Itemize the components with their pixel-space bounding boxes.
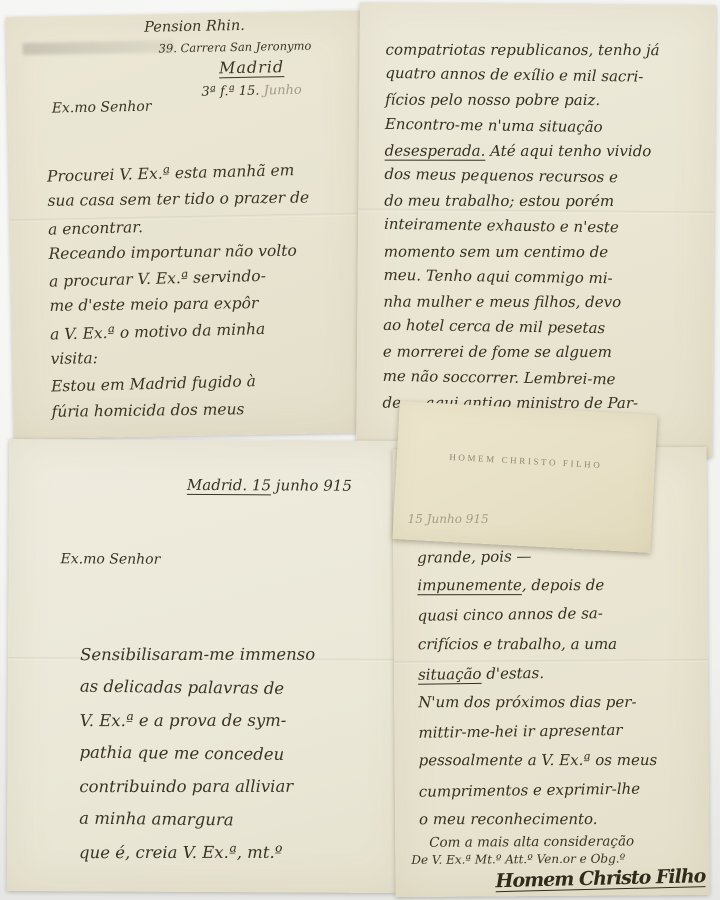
handwritten-line: a minha amargura [79, 802, 314, 838]
handwritten-text: as delicadas palavras de [80, 677, 284, 698]
handwritten-text: me não soccorrer. Lembrei-me [383, 366, 616, 387]
handwritten-line: quasi cinco annos de sa- [417, 599, 656, 632]
date-pencil: Junho [263, 83, 301, 99]
handwritten-text: a minha amargura [79, 809, 234, 830]
salutation: Ex.mo Senhor [52, 99, 152, 117]
handwritten-text: Até aqui tenho vivido [485, 142, 651, 160]
handwritten-text: quasi cinco annos de sa- [417, 605, 602, 626]
letter-page-2: compatriotas republicanos, tenho jáquatr… [356, 2, 716, 457]
handwritten-text: e morrerei de fome se alguem [383, 343, 612, 361]
handwritten-text: pathia que me concedeu [79, 743, 284, 764]
handwritten-line: e morrerei de fome se alguem [383, 340, 657, 366]
dateline: Madrid. 15 junho 915 [187, 476, 352, 495]
handwritten-text: crifícios e trabalho, a uma [418, 635, 617, 653]
handwritten-line: do meu trabalho; estou porém [384, 189, 658, 215]
handwritten-line: impunemente, depois de [417, 571, 656, 600]
handwritten-text: , depois de [522, 576, 604, 594]
handwritten-text: Procurei V. Ex.ª esta manhã em [47, 161, 295, 185]
handwritten-line: cumprimentos e exprimir-lhe [419, 774, 658, 807]
handwritten-line: Sensibilisaram-me immenso [80, 638, 315, 671]
handwritten-text: cumprimentos e exprimir-lhe [419, 779, 641, 800]
handwritten-text: dos meus pequenos recursos e [384, 165, 618, 186]
visiting-card-pencil-date: 15 Junho 915 [408, 512, 489, 526]
handwritten-line: contribuindo para alliviar [79, 770, 314, 803]
handwritten-text: compatriotas republicanos, tenho já [386, 41, 660, 59]
handwritten-text: contribuindo para alliviar [79, 777, 293, 796]
handwritten-text: d'estas. [481, 664, 544, 683]
handwritten-line: compatriotas republicanos, tenho já [386, 38, 660, 64]
handwritten-text: fúria homicida dos meus [51, 400, 244, 421]
handwritten-text: a V. Ex.ª o motivo da minha [50, 320, 266, 344]
handwritten-text: junho 915 [271, 476, 352, 494]
handwritten-text: sua casa sem ter tido o prazer de [47, 189, 309, 210]
handwritten-text: a procurar V. Ex.ª servindo- [49, 267, 266, 291]
visiting-card: HOMEM CHRISTO FILHO 15 Junho 915 [392, 401, 657, 553]
handwritten-line: pathia que me concedeu [79, 736, 314, 772]
handwritten-text: Encontro-me n'uma situação [385, 114, 603, 135]
closing-courtesy-line: De V. Ex.ª Mt.º Att.º Ven.or e Obg.º [411, 851, 625, 866]
letterhead-pension: Pension Rhin. [144, 18, 311, 36]
handwritten-line: crifícios e trabalho, a uma [418, 630, 657, 659]
letterhead: Pension Rhin. 39. Carrera San Jeronymo M… [144, 18, 312, 100]
handwritten-text: Sensibilisaram-me immenso [80, 645, 315, 664]
handwritten-line: momento sem um centimo de [384, 239, 658, 265]
handwritten-text: a encontrar. [48, 218, 143, 238]
handwritten-text: ao hotel cerca de mil pesetas [383, 316, 605, 337]
handwritten-line: quatro annos de exílio e mil sacri- [385, 61, 659, 90]
visiting-card-printed-name: HOMEM CHRISTO FILHO [397, 449, 655, 473]
handwritten-text: quatro annos de exílio e mil sacri- [385, 64, 643, 86]
handwritten-line: situação d'estas. [418, 657, 657, 690]
handwritten-text: me d'este meio para expôr [49, 295, 258, 316]
salutation: Ex.mo Senhor [61, 551, 161, 568]
letter-page-3: Madrid. 15 junho 915 Ex.mo Senhor Sensib… [7, 439, 409, 893]
handwritten-line: Encontro-me n'uma situação [385, 111, 659, 140]
handwritten-line: fícios pelo nosso pobre paiz. [385, 88, 659, 114]
letter-page-1: Pension Rhin. 39. Carrera San Jeronymo M… [6, 11, 368, 440]
handwritten-text: inteiramente exhausto e n'este [384, 215, 619, 236]
handwritten-line: meu. Tenho aqui commigo mi- [383, 263, 657, 292]
handwritten-line: dos meus pequenos recursos e [384, 162, 658, 191]
handwritten-text: Madrid. 15 [187, 476, 271, 494]
handwritten-line: V. Ex.ª e a prova de sym- [80, 704, 315, 737]
handwritten-line: que é, creia V. Ex.ª, mt.º [79, 836, 314, 869]
handwritten-line: me não soccorrer. Lembrei-me [383, 363, 657, 392]
letter-body-page-4: grande, pois —impunemente, depois dequas… [417, 541, 658, 835]
photograph-of-handwritten-letters: Pension Rhin. 39. Carrera San Jeronymo M… [0, 0, 720, 900]
letter-body-page-3: Sensibilisaram-me immensoas delicadas pa… [79, 637, 315, 869]
handwritten-line: fúria homicida dos meus [51, 395, 313, 425]
handwritten-text: Estou em Madrid fugido à [51, 373, 256, 396]
letterhead-street: 39. Carrera San Jeronymo [159, 40, 312, 54]
handwritten-line: inteiramente exhausto e n'este [384, 212, 658, 241]
handwritten-line: o meu reconhecimento. [419, 805, 658, 834]
handwritten-text: mittir-me-hei ir apresentar [418, 721, 622, 742]
signature: Homem Christo Filho [495, 865, 705, 892]
handwritten-line: desesperada. Até aqui tenho vivido [385, 138, 659, 164]
closing-line: Com a mais alta consideração [429, 833, 634, 850]
letter-body-page-2: compatriotas republicanos, tenho jáquatr… [382, 37, 659, 417]
handwritten-text: desesperada. [385, 141, 486, 159]
handwritten-text: impunemente [417, 576, 522, 594]
handwritten-text: Receando importunar não volto [48, 242, 296, 263]
handwritten-text: fícios pelo nosso pobre paiz. [385, 91, 600, 109]
handwritten-text: V. Ex.ª e a prova de sym- [80, 711, 287, 730]
letter-body-page-1: Procurei V. Ex.ª esta manhã emsua casa s… [47, 158, 314, 426]
handwritten-line: N'um dos próximos dias per- [418, 688, 657, 717]
handwritten-line: nha mulher e meus filhos, devo [383, 290, 657, 316]
handwritten-text: meu. Tenho aqui commigo mi- [383, 266, 612, 287]
letterhead-date: 3ª f.ª 15. Junho [201, 84, 312, 99]
handwritten-text: o meu reconhecimento. [419, 810, 598, 828]
letterhead-city: Madrid [219, 59, 312, 77]
handwritten-text: situação [418, 665, 482, 684]
handwritten-text: nha mulher e meus filhos, devo [383, 293, 621, 311]
date-ink: 3ª f.ª 15. [201, 84, 259, 100]
handwritten-text: grande, pois — [417, 547, 532, 567]
handwritten-line: mittir-me-hei ir apresentar [418, 716, 657, 749]
handwritten-line: ao hotel cerca de mil pesetas [383, 313, 657, 342]
handwritten-text: N'um dos próximos dias per- [418, 693, 636, 711]
handwritten-text: momento sem um centimo de [384, 242, 608, 260]
handwritten-text: pessoalmente a V. Ex.ª os meus [419, 751, 658, 769]
handwritten-text: do meu trabalho; estou porém [384, 192, 614, 210]
handwritten-line: as delicadas palavras de [80, 670, 315, 706]
handwritten-text: que é, creia V. Ex.ª, mt.º [79, 843, 282, 862]
handwritten-text: visita: [50, 349, 98, 368]
handwritten-line: pessoalmente a V. Ex.ª os meus [419, 746, 658, 775]
